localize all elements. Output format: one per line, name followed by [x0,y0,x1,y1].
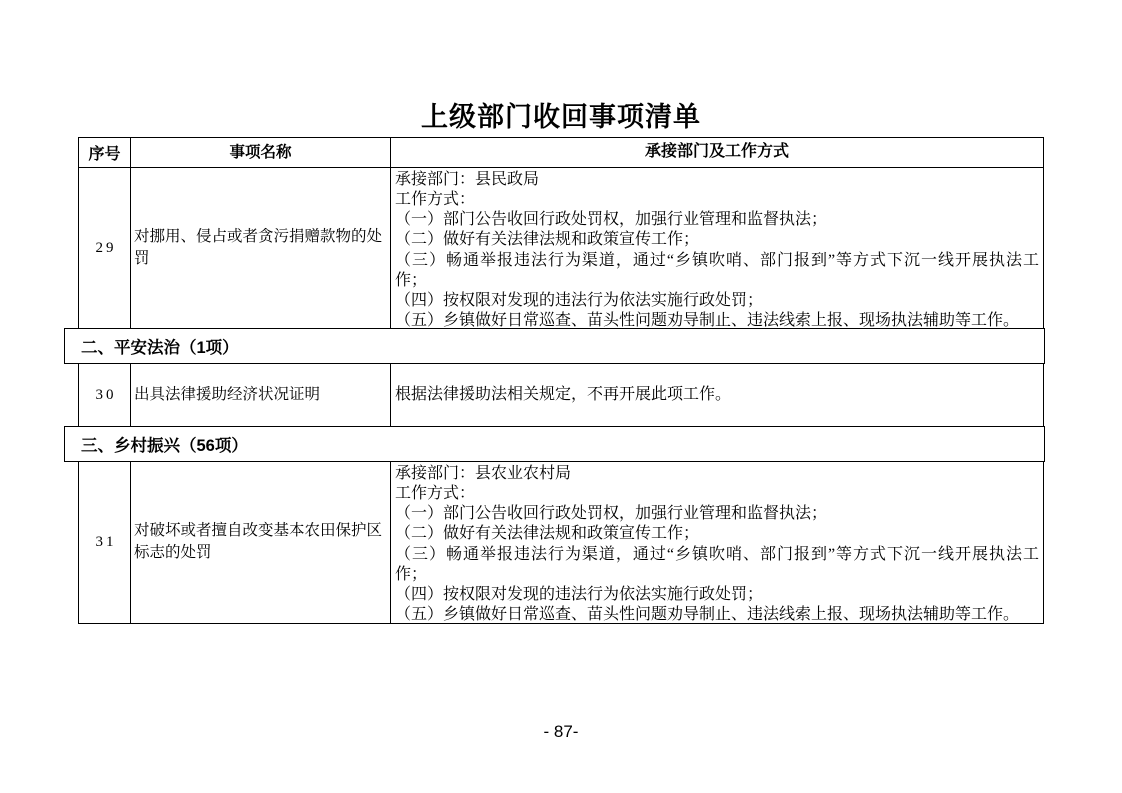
page-number: - 87- [0,722,1122,742]
method-line: 工作方式： [395,484,1039,504]
method-line: （二）做好有关法律法规和政策宣传工作； [395,524,1039,544]
row-30-method: 根据法律援助法相关规定，不再开展此项工作。 [391,364,1043,427]
row-30-item-name: 出具法律援助经济状况证明 [131,364,391,427]
row-29-item-name: 对挪用、侵占或者贪污捐赠款物的处罚 [131,168,391,329]
method-line: （三）畅通举报违法行为渠道，通过“乡镇吹哨、部门报到”等方式下沉一线开展执法工 [395,545,1039,565]
method-line: （二）做好有关法律法规和政策宣传工作； [395,230,1039,250]
row-29-method: 承接部门：县民政局 工作方式： （一）部门公告收回行政处罚权，加强行业管理和监督… [391,168,1043,329]
method-line: 承接部门：县民政局 [395,170,1039,190]
row-30-number: 30 [79,364,131,427]
page-title: 上级部门收回事项清单 [0,95,1122,134]
method-line: （五）乡镇做好日常巡查、苗头性问题劝导制止、违法线索上报、现场执法辅助等工作。 [395,605,1039,625]
method-line: （四）按权限对发现的违法行为依法实施行政处罚； [395,585,1039,605]
row-31-item-name: 对破坏或者擅自改变基本农田保护区标志的处罚 [131,462,391,623]
method-line: 作； [395,271,1039,291]
table-row: 30 出具法律援助经济状况证明 根据法律援助法相关规定，不再开展此项工作。 [78,363,1044,428]
items-table: 序号 事项名称 承接部门及工作方式 29 对挪用、侵占或者贪污捐赠款物的处罚 承… [78,137,1044,624]
row-31-number: 31 [79,462,131,623]
table-header-row: 序号 事项名称 承接部门及工作方式 [78,137,1044,168]
section-header-pinganfazhi: 二、平安法治（1项） [64,328,1045,364]
table-row: 29 对挪用、侵占或者贪污捐赠款物的处罚 承接部门：县民政局 工作方式： （一）… [78,167,1044,330]
header-seq-no: 序号 [79,138,131,167]
row-31-method: 承接部门：县农业农村局 工作方式： （一）部门公告收回行政处罚权，加强行业管理和… [391,462,1043,623]
table-row: 31 对破坏或者擅自改变基本农田保护区标志的处罚 承接部门：县农业农村局 工作方… [78,461,1044,624]
method-line: 作； [395,565,1039,585]
document-page: 上级部门收回事项清单 序号 事项名称 承接部门及工作方式 29 对挪用、侵占或者… [0,0,1122,793]
header-method: 承接部门及工作方式 [391,138,1043,167]
method-line: 承接部门：县农业农村局 [395,464,1039,484]
method-line: （五）乡镇做好日常巡查、苗头性问题劝导制止、违法线索上报、现场执法辅助等工作。 [395,311,1039,331]
method-line: （一）部门公告收回行政处罚权，加强行业管理和监督执法； [395,504,1039,524]
method-line: 工作方式： [395,190,1039,210]
row-29-number: 29 [79,168,131,329]
method-line: （四）按权限对发现的违法行为依法实施行政处罚； [395,291,1039,311]
header-item-name: 事项名称 [131,138,391,167]
section-header-xiangcunzhenxing: 三、乡村振兴（56项） [64,426,1045,462]
method-line: （三）畅通举报违法行为渠道，通过“乡镇吹哨、部门报到”等方式下沉一线开展执法工 [395,251,1039,271]
method-line: （一）部门公告收回行政处罚权，加强行业管理和监督执法； [395,210,1039,230]
